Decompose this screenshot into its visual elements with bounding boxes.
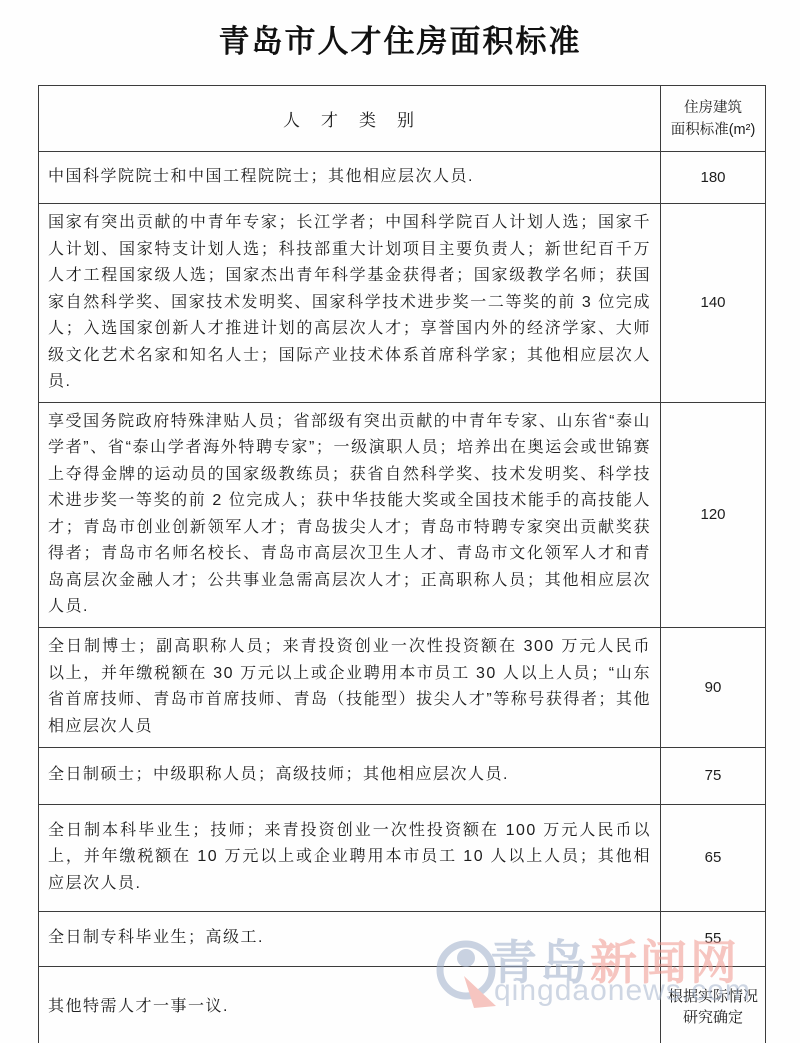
- category-cell: 全日制博士；副高职称人员；来青投资创业一次性投资额在 300 万元人民币以上，并…: [39, 627, 661, 747]
- table-row: 中国科学院院士和中国工程院院士；其他相应层次人员. 180: [39, 152, 766, 204]
- table-row: 全日制硕士；中级职称人员；高级技师；其他相应层次人员. 75: [39, 747, 766, 804]
- category-cell: 中国科学院院士和中国工程院院士；其他相应层次人员.: [39, 152, 661, 204]
- category-cell: 全日制硕士；中级职称人员；高级技师；其他相应层次人员.: [39, 747, 661, 804]
- table-row: 全日制专科毕业生；高级工. 55: [39, 911, 766, 966]
- housing-standards-table: 人 才 类 别 住房建筑 面积标准(m²) 中国科学院院士和中国工程院院士；其他…: [38, 85, 766, 1043]
- header-area-standard: 住房建筑 面积标准(m²): [661, 86, 766, 152]
- page-title: 青岛市人才住房面积标准: [0, 16, 800, 61]
- standard-cell: 65: [661, 804, 766, 911]
- table-header-row: 人 才 类 别 住房建筑 面积标准(m²): [39, 86, 766, 152]
- table-row: 享受国务院政府特殊津贴人员；省部级有突出贡献的中青年专家、山东省“泰山学者”、省…: [39, 402, 766, 627]
- table-row: 其他特需人才一事一议. 根据实际情况 研究确定: [39, 966, 766, 1043]
- header-area-line1: 住房建筑: [663, 97, 763, 119]
- header-category: 人 才 类 别: [39, 86, 661, 152]
- table-row: 全日制博士；副高职称人员；来青投资创业一次性投资额在 300 万元人民币以上，并…: [39, 627, 766, 747]
- standard-cell: 根据实际情况 研究确定: [661, 966, 766, 1043]
- category-cell: 国家有突出贡献的中青年专家；长江学者；中国科学院百人计划人选；国家千人计划、国家…: [39, 204, 661, 403]
- category-cell: 享受国务院政府特殊津贴人员；省部级有突出贡献的中青年专家、山东省“泰山学者”、省…: [39, 402, 661, 627]
- standard-cell: 120: [661, 402, 766, 627]
- standard-cell: 55: [661, 911, 766, 966]
- standard-cell: 75: [661, 747, 766, 804]
- table-row: 全日制本科毕业生；技师；来青投资创业一次性投资额在 100 万元人民币以上，并年…: [39, 804, 766, 911]
- category-cell: 全日制本科毕业生；技师；来青投资创业一次性投资额在 100 万元人民币以上，并年…: [39, 804, 661, 911]
- header-area-line2: 面积标准(m²): [663, 119, 763, 141]
- document-page: 青岛市人才住房面积标准 人 才 类 别 住房建筑 面积标准(m²) 中国科学院院…: [0, 0, 800, 1043]
- standard-cell: 90: [661, 627, 766, 747]
- standard-cell: 180: [661, 152, 766, 204]
- standard-cell: 140: [661, 204, 766, 403]
- category-cell: 其他特需人才一事一议.: [39, 966, 661, 1043]
- table-row: 国家有突出贡献的中青年专家；长江学者；中国科学院百人计划人选；国家千人计划、国家…: [39, 204, 766, 403]
- category-cell: 全日制专科毕业生；高级工.: [39, 911, 661, 966]
